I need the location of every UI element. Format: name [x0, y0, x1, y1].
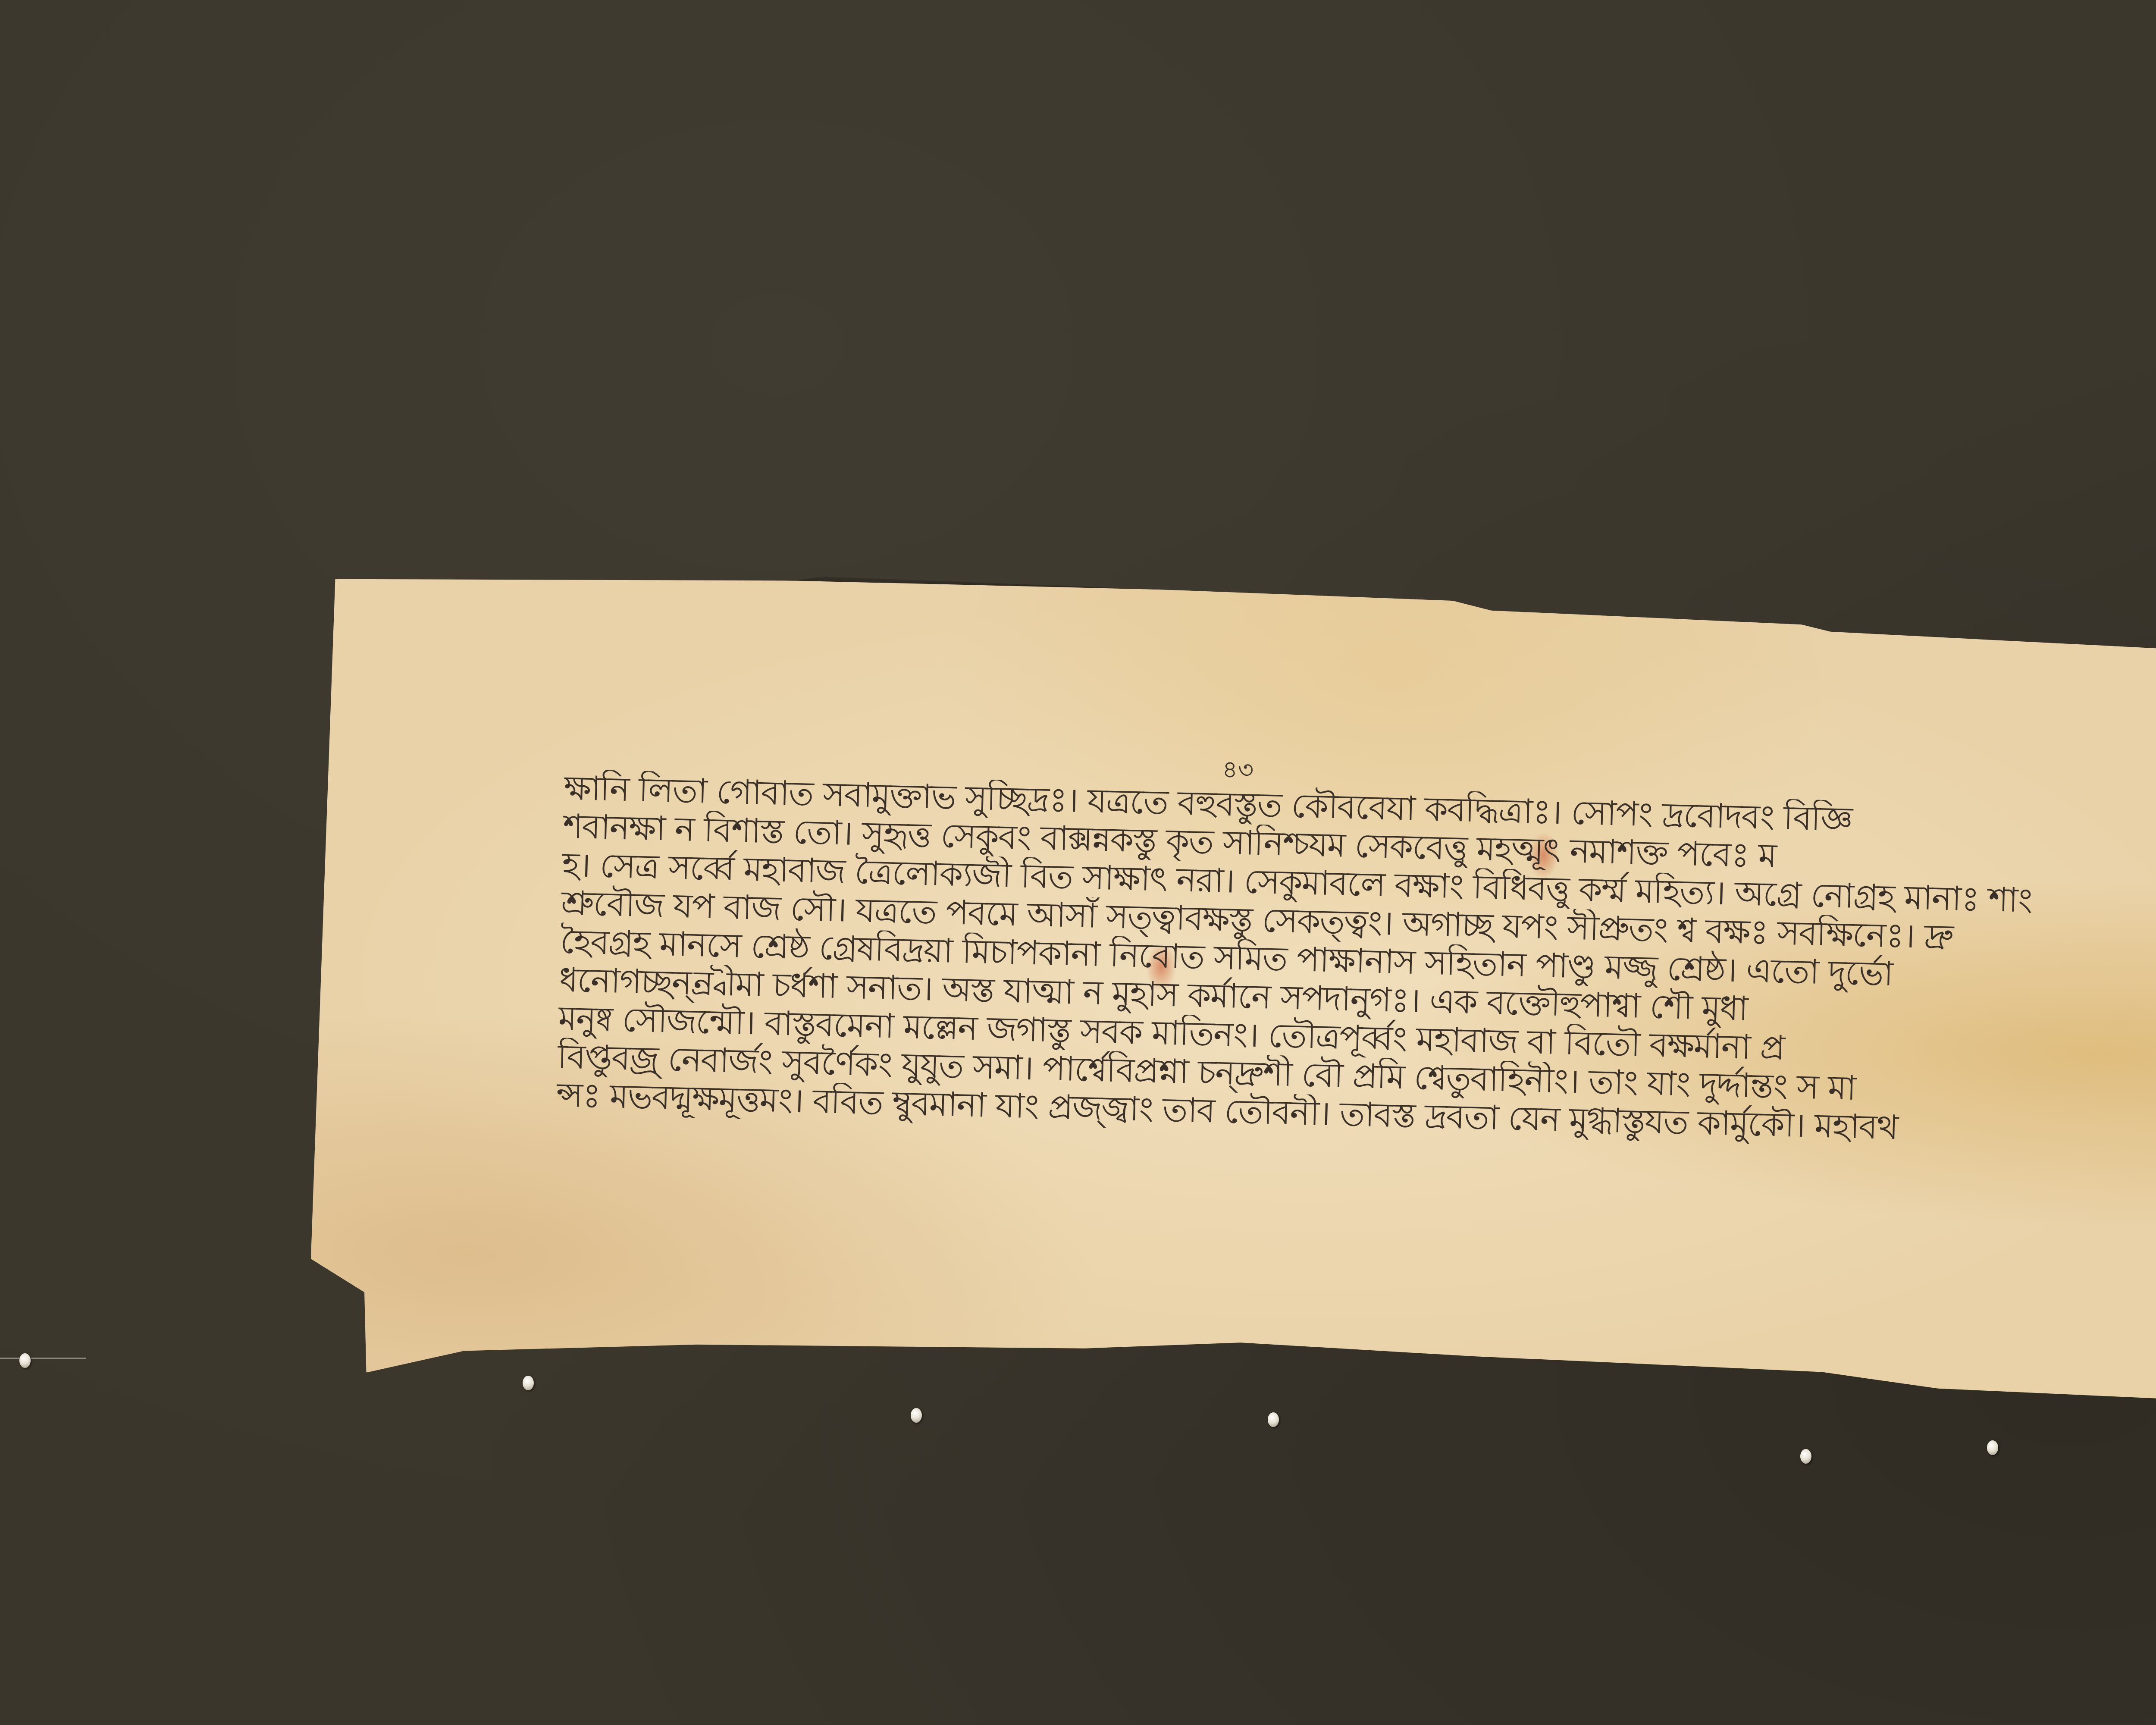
pin-icon: [911, 1408, 922, 1423]
pin-icon: [1800, 1449, 1811, 1464]
pin-icon: [1268, 1412, 1279, 1427]
manuscript-text: ক্ষানি লিতা গোবাত সবামুক্তাভ সুচ্ছিদ্রঃ।…: [556, 769, 2060, 1151]
pin-icon: [523, 1376, 534, 1390]
manuscript-folio: ৪৩ ক্ষানি লিতা গোবাত সবামুক্তাভ সুচ্ছিদ্…: [308, 569, 2156, 1418]
photo-scene: ৪৩ ক্ষানি লিতা গোবাত সবামুক্তাভ সুচ্ছিদ্…: [0, 0, 2156, 1725]
pin-icon: [19, 1353, 31, 1368]
pin-thread: [0, 1358, 86, 1359]
pin-icon: [1987, 1440, 1998, 1455]
